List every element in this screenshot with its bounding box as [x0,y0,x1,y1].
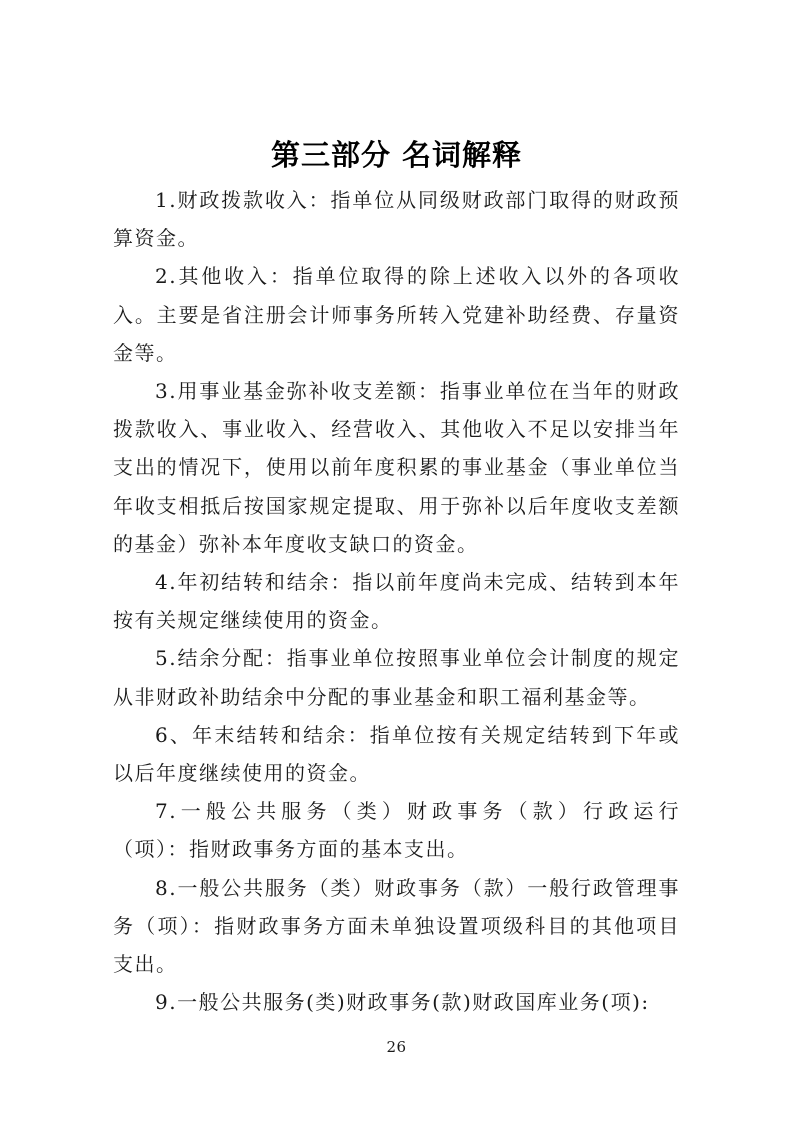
document-body: 1.财政拨款收入：指单位从同级财政部门取得的财政预算资金。 2.其他收入：指单位… [113,181,680,1021]
term-paragraph-1: 1.财政拨款收入：指单位从同级财政部门取得的财政预算资金。 [113,181,680,257]
term-paragraph-6: 6、年末结转和结余：指单位按有关规定结转到下年或以后年度继续使用的资金。 [113,716,680,792]
page-number: 26 [0,1037,793,1057]
term-paragraph-7: 7.一般公共服务（类）财政事务（款）行政运行（项）：指财政事务方面的基本支出。 [113,792,680,868]
term-paragraph-2: 2.其他收入：指单位取得的除上述收入以外的各项收入。主要是省注册会计师事务所转入… [113,257,680,372]
term-paragraph-3: 3.用事业基金弥补收支差额：指事业单位在当年的财政拨款收入、事业收入、经营收入、… [113,372,680,563]
term-paragraph-8: 8.一般公共服务（类）财政事务（款）一般行政管理事务（项）：指财政事务方面未单独… [113,869,680,984]
term-paragraph-4: 4.年初结转和结余：指以前年度尚未完成、结转到本年按有关规定继续使用的资金。 [113,563,680,639]
page-title: 第三部分 名词解释 [0,133,793,177]
term-paragraph-5: 5.结余分配：指事业单位按照事业单位会计制度的规定从非财政补助结余中分配的事业基… [113,639,680,715]
document-page: 第三部分 名词解释 1.财政拨款收入：指单位从同级财政部门取得的财政预算资金。 … [0,0,793,1122]
term-paragraph-9: 9.一般公共服务(类)财政事务(款)财政国库业务(项): [113,983,680,1021]
